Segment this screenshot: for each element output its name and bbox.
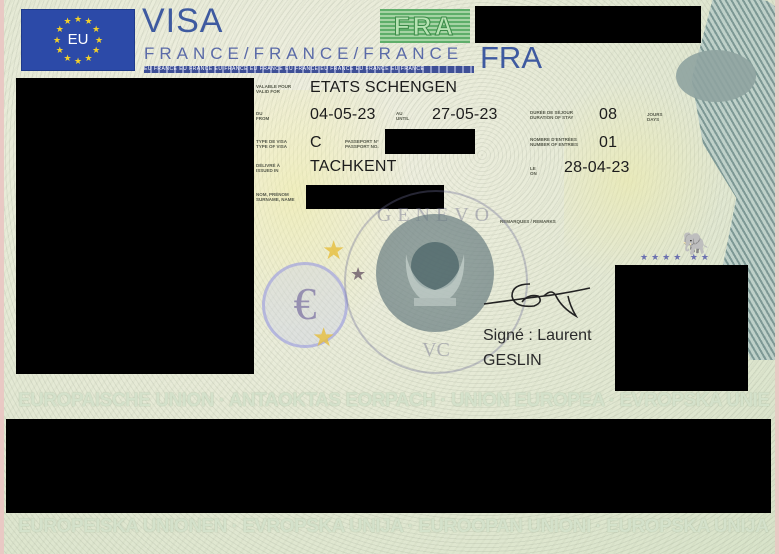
value-duration-of-stay: 08 [599,106,617,124]
value-type-of-visa: C [310,134,322,152]
redacted-header-number [475,6,701,43]
country-code: FRA [480,40,542,76]
eu-star-icon: ★ [84,54,93,63]
star-icon: ★ [322,235,345,266]
label-type-of-visa: TYPE DE VISA TYPE OF VISA [256,139,287,149]
issuing-country-line: FRANCE/FRANCE/FRANCE [144,44,463,64]
label-issue-date: LE ON [530,166,537,176]
eu-languages-band-lower: EUROPEISKA UNIONEN · EVROPSKA UNIJA · EU… [18,516,768,538]
label-number-of-entries: NOMBRE D'ENTRÉES NUMBER OF ENTRIES [530,137,578,147]
value-issued-in: TACHKENT [310,158,397,176]
label-until: AU UNTIL [396,111,409,121]
visa-sticker: 🐘 ★★★★ ★★ ★★★★★★★★★★★★ EU VISA FRANCE/FR… [4,0,775,554]
country-hologram: FRA [380,9,470,43]
value-from: 04-05-23 [310,106,376,124]
label-issued-in: DÉLIVRÉ À ISSUED IN [256,163,280,173]
eu-emblem-text: EU [22,31,134,48]
label-duration-of-stay: DURÉE DE SÉJOUR DURATION OF STAY [530,110,573,120]
globe-hands-emblem [376,214,494,332]
label-passport-no: PASSEPORT N° PASSPORT No. [345,139,379,149]
eu-star-icon: ★ [74,15,83,24]
eu-flag-icon: ★★★★★★★★★★★★ EU [21,9,135,71]
eu-star-icon: ★ [63,54,72,63]
eu-languages-band-upper: EUROPAISCHE UNION · ANTAOKTAS EORPACH · … [18,390,770,412]
signature [482,266,592,322]
label-valid-for: VALABLE POUR VALID FOR [256,84,291,94]
label-days: JOURS DAYS [647,112,663,122]
eu-star-icon: ★ [63,17,72,26]
stars-row-icon: ★★★★ ★★ [640,252,750,263]
visa-title: VISA [142,2,223,41]
redacted-passport-number [385,129,475,154]
signatory-surname: GESLIN [483,352,542,370]
label-surname-name: NOM, PRÉNOM SURNAME, NAME [256,192,295,202]
value-issue-date: 28-04-23 [564,159,630,177]
value-valid-for: ETATS SCHENGEN [310,79,457,97]
value-until: 27-05-23 [432,106,498,124]
redacted-photo [16,78,254,374]
star-icon: ★ [312,322,335,353]
label-from: DU FROM [256,111,269,121]
microprint-band: EU FRANCE EU FRANCE EU FRANCE EU FRANCE … [144,66,474,73]
decorative-oval [676,50,756,102]
signatory-line: Signé : Laurent [483,327,592,345]
redacted-machine-readable-zone [6,419,771,513]
redacted-side-photo [615,265,748,391]
eu-star-icon: ★ [74,57,83,66]
value-number-of-entries: 01 [599,134,617,152]
